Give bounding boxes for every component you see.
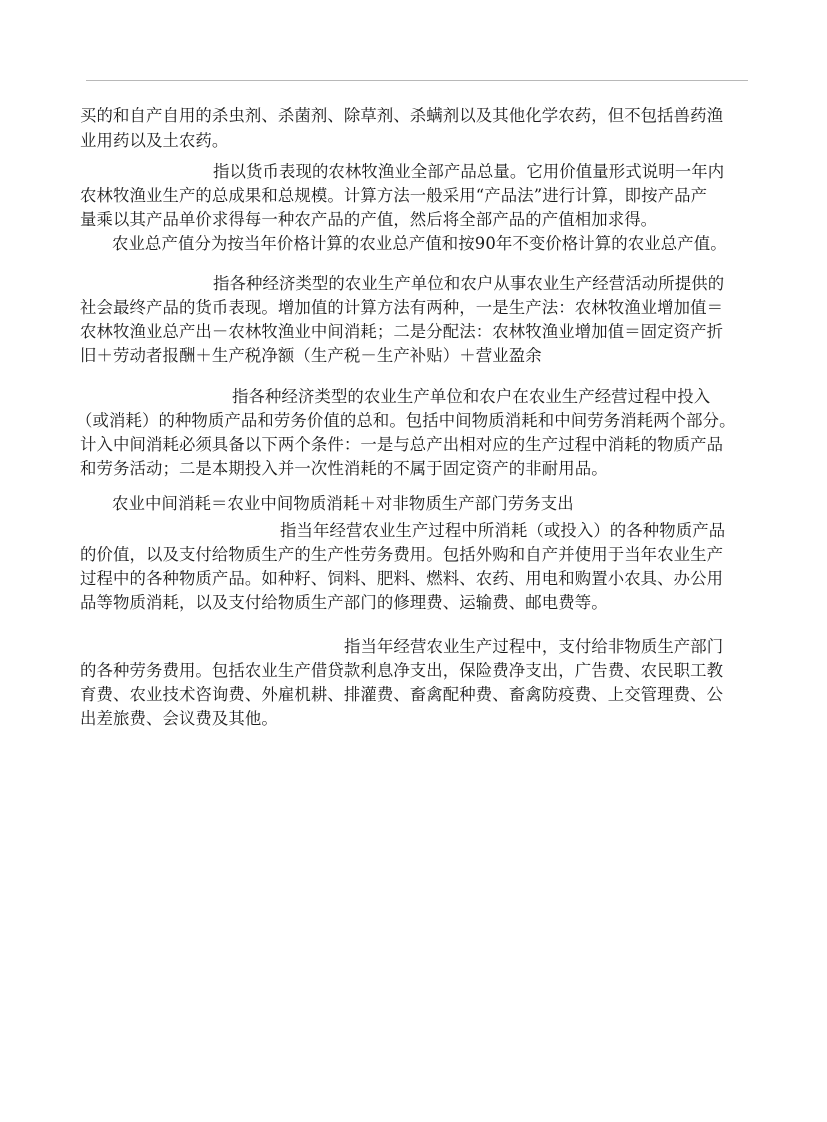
- text-line: 指以货币表现的农林牧渔业全部产品总量。它用价值量形式说明一年内: [213, 162, 724, 182]
- text-line: 社会最终产品的货币表现。增加值的计算方法有两种，一是生产法：农林牧渔业增加值＝: [80, 298, 723, 318]
- text-line: 指当年经营农业生产过程中所消耗（或投入）的各种物质产品: [280, 521, 725, 541]
- text-line: 买的和自产自用的杀虫剂、杀菌剂、除草剂、杀螨剂以及其他化学农药，但不包括兽药渔: [80, 106, 723, 126]
- text-line: 业用药以及土农药。: [80, 131, 228, 151]
- document-body: 买的和自产自用的杀虫剂、杀菌剂、除草剂、杀螨剂以及其他化学农药，但不包括兽药渔 …: [0, 0, 827, 1122]
- text-line: 品等物质消耗，以及支付给物质生产部门的修理费、运输费、邮电费等。: [80, 593, 608, 613]
- text-line: 农业中间消耗＝农业中间物质消耗＋对非物质生产部门劳务支出: [112, 494, 574, 514]
- text-line: 农林牧渔业总产出－农林牧渔业中间消耗；二是分配法：农林牧渔业增加值＝固定资产折: [80, 322, 723, 342]
- text-line: 指当年经营农业生产过程中，支付给非物质生产部门: [344, 637, 723, 657]
- text-line: 旧＋劳动者报酬＋生产税净额（生产税－生产补贴）＋营业盈余: [80, 346, 542, 366]
- text-line: （或消耗）的种物质产品和劳务价值的总和。包括中间物质消耗和中间劳务消耗两个部分。: [76, 411, 736, 431]
- text-line: 农林牧渔业生产的总成果和总规模。计算方法一般采用“产品法”进行计算，即按产品产: [80, 186, 707, 206]
- text-line: 育费、农业技术咨询费、外雇机耕、排灌费、畜禽配种费、畜禽防疫费、上交管理费、公: [80, 685, 723, 705]
- text-line: 指各种经济类型的农业生产单位和农户在农业生产经营过程中投入: [232, 387, 710, 407]
- text-line: 量乘以其产品单价求得每一种农产品的产值，然后将全部产品的产值相加求得。: [80, 210, 657, 230]
- text-line: 过程中的各种物质产品。如种籽、饲料、肥料、燃料、农药、用电和购置小农具、办公用: [80, 569, 723, 589]
- text-line: 出差旅费、会议费及其他。: [80, 709, 278, 729]
- text-line: 和劳务活动；二是本期投入并一次性消耗的不属于固定资产的非耐用品。: [80, 459, 608, 479]
- text-line: 的各种劳务费用。包括农业生产借贷款利息净支出，保险费净支出，广告费、农民职工教: [80, 661, 723, 681]
- text-line: 农业总产值分为按当年价格计算的农业总产值和按90年不变价格计算的农业总产值。: [112, 234, 727, 254]
- text-line: 的价值，以及支付给物质生产的生产性劳务费用。包括外购和自产并使用于当年农业生产: [80, 545, 723, 565]
- text-line: 指各种经济类型的农业生产单位和农户从事农业生产经营活动所提供的: [213, 274, 724, 294]
- text-line: 计入中间消耗必须具备以下两个条件：一是与总产出相对应的生产过程中消耗的物质产品: [80, 435, 723, 455]
